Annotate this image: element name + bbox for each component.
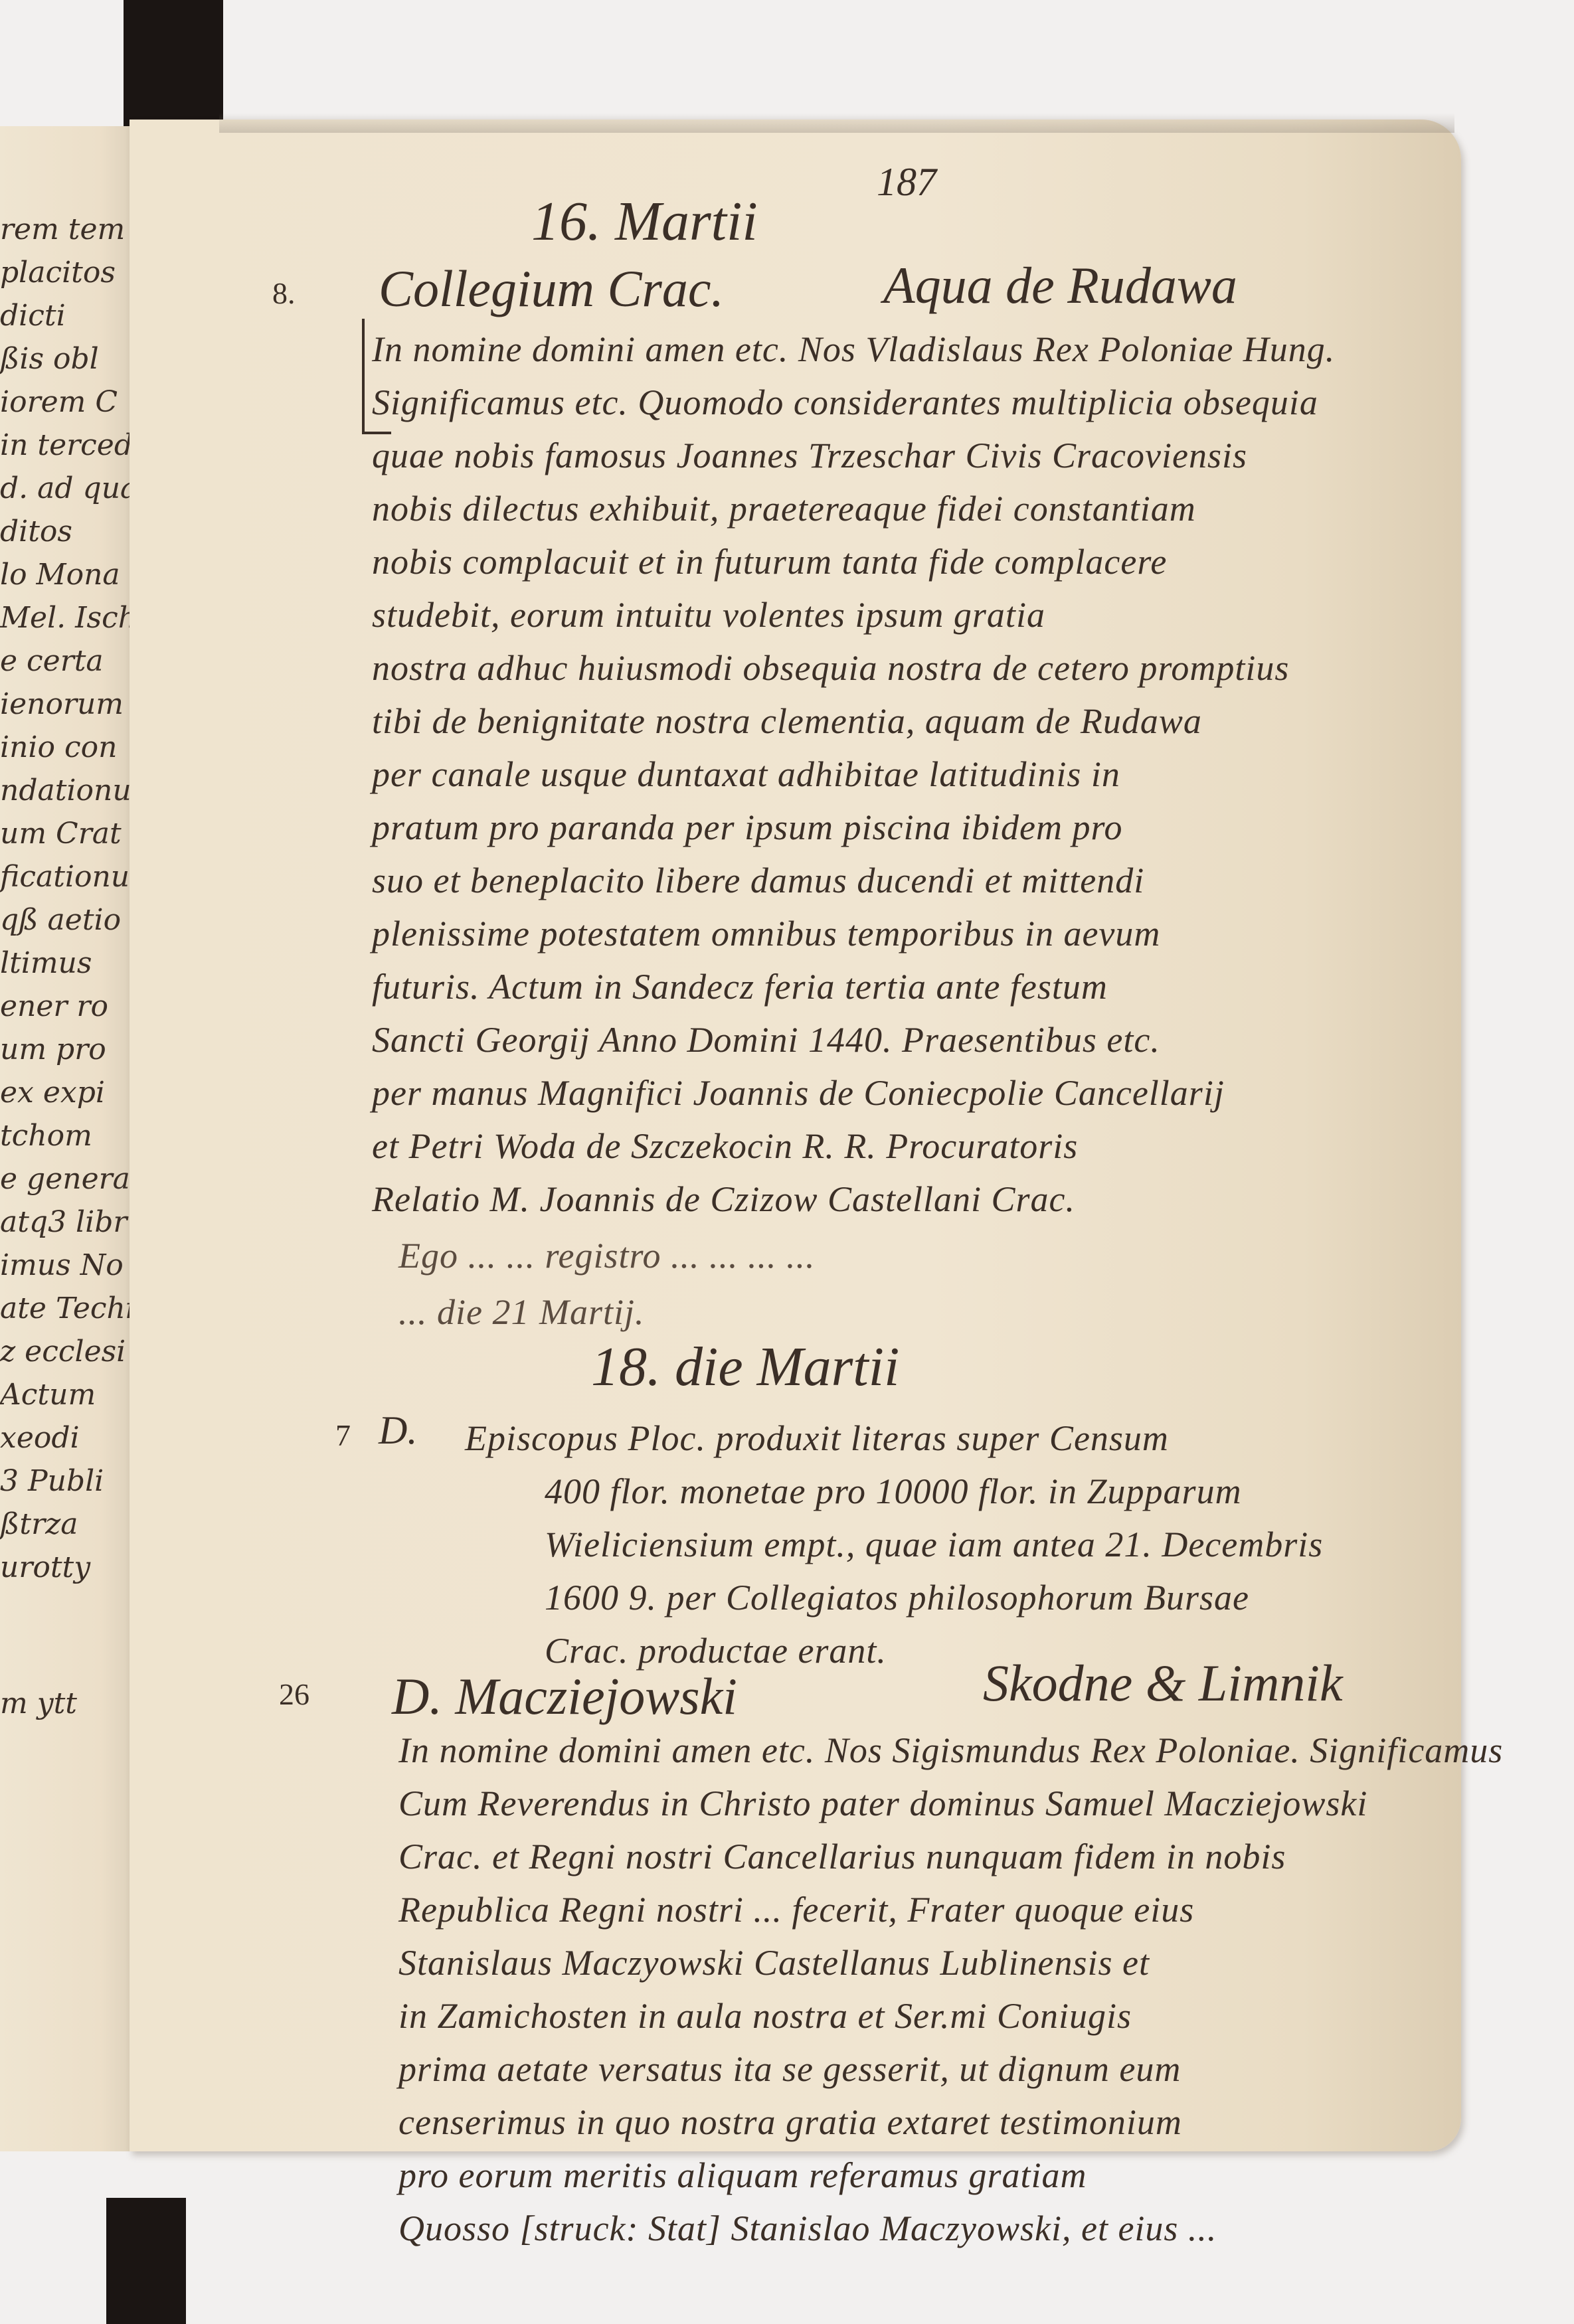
left-page-line: ficationum: [0, 860, 143, 894]
document-line: Significamus etc. Quomodo considerantes …: [372, 382, 1318, 423]
document-line: Wieliciensium empt., quae iam antea 21. …: [545, 1524, 1323, 1565]
document-line: Republica Regni nostri ... fecerit, Frat…: [398, 1889, 1194, 1930]
document-line: quae nobis famosus Joannes Trzeschar Civ…: [372, 435, 1247, 476]
left-page-line: d. ad quam: [0, 471, 143, 505]
document-line: 400 flor. monetae pro 10000 flor. in Zup…: [545, 1471, 1242, 1512]
document-line: suo et beneplacito libere damus ducendi …: [372, 860, 1144, 901]
left-page-line: in tercedi: [0, 428, 142, 462]
left-page-line: lo Mona: [0, 558, 120, 592]
entry-prefix: D.: [379, 1408, 417, 1453]
document-line: 1600 9. per Collegiatos philosophorum Bu…: [545, 1577, 1249, 1618]
document-line: censerimus in quo nostra gratia extaret …: [398, 2102, 1182, 2143]
document-line: per canale usque duntaxat adhibitae lati…: [372, 754, 1120, 795]
left-page-line: ienorum: [0, 687, 124, 721]
page-edge-shadow: [219, 113, 1454, 133]
registration-note: Ego ... ... registro ... ... ... ...: [398, 1235, 816, 1276]
left-page-line: m ytt: [0, 1687, 77, 1720]
left-page-line: rem tem: [0, 212, 125, 246]
left-page-line: xeodi: [0, 1421, 80, 1455]
left-page-line: ener ro: [0, 989, 108, 1023]
section-date: 18. die Martii: [591, 1335, 899, 1399]
folio-number: 187: [877, 159, 936, 205]
document-line: studebit, eorum intuitu volentes ipsum g…: [372, 594, 1045, 635]
document-line: Quosso [struck: Stat] Stanislao Maczyows…: [398, 2208, 1217, 2249]
document-line: nobis complacuit et in futurum tanta fid…: [372, 541, 1167, 582]
left-page-line: urotty: [0, 1550, 90, 1584]
document-line: pro eorum meritis aliquam referamus grat…: [398, 2155, 1087, 2196]
document-line: per manus Magnifici Joannis de Coniecpol…: [372, 1072, 1225, 1114]
left-page-line: 3 Publi: [0, 1464, 104, 1498]
section-date: 16. Martii: [531, 189, 758, 254]
entry-heading-left: Collegium Crac.: [379, 259, 724, 319]
document-line: nobis dilectus exhibuit, praetereaque fi…: [372, 488, 1196, 529]
registration-note: ... die 21 Martij.: [398, 1291, 644, 1333]
document-line: futuris. Actum in Sandecz feria tertia a…: [372, 966, 1108, 1007]
left-page-line: ex expi: [0, 1076, 105, 1110]
left-page-line: qß aetio: [0, 903, 121, 937]
document-line: Episcopus Ploc. produxit literas super C…: [465, 1418, 1169, 1459]
left-page-line: inio con: [0, 730, 117, 764]
left-page-line: Actum: [0, 1378, 96, 1412]
left-page-line: ate Techi: [0, 1291, 135, 1325]
document-line: in Zamichosten in aula nostra et Ser.mi …: [398, 1995, 1132, 2036]
document-line: et Petri Woda de Szczekocin R. R. Procur…: [372, 1125, 1078, 1167]
document-line: pratum pro paranda per ipsum piscina ibi…: [372, 807, 1123, 848]
left-page-line: ndationum: [0, 774, 143, 807]
document-line: plenissime potestatem omnibus temporibus…: [372, 913, 1160, 954]
document-line: tibi de benignitate nostra clementia, aq…: [372, 701, 1202, 742]
left-page-line: Mel. Ischi: [0, 601, 143, 635]
left-page-line: tchom: [0, 1119, 92, 1153]
document-line: prima aetate versatus ita se gesserit, u…: [398, 2048, 1181, 2090]
left-page-line: ltimus: [0, 946, 92, 980]
entry-heading-left: D. Macziejowski: [392, 1667, 737, 1726]
document-line: Crac. productae erant.: [545, 1630, 887, 1671]
document-line: In nomine domini amen etc. Nos Sigismund…: [398, 1730, 1503, 1771]
left-page-line: e genera: [0, 1162, 130, 1196]
document-line: Relatio M. Joannis de Czizow Castellani …: [372, 1179, 1075, 1220]
left-page-line: z ecclesi: [0, 1335, 126, 1369]
document-line: In nomine domini amen etc. Nos Vladislau…: [372, 329, 1335, 370]
document-line: Cum Reverendus in Christo pater dominus …: [398, 1783, 1367, 1824]
left-page-line: ßtrza: [0, 1507, 78, 1541]
left-page-line: dicti: [0, 299, 66, 333]
document-line: Sancti Georgij Anno Domini 1440. Praesen…: [372, 1019, 1160, 1060]
left-page-line: placitos: [0, 256, 116, 290]
document-line: Stanislaus Maczyowski Castellanus Lublin…: [398, 1942, 1150, 1983]
left-page-line: imus No: [0, 1248, 124, 1282]
document-line: Crac. et Regni nostri Cancellarius nunqu…: [398, 1836, 1286, 1877]
left-page-line: ßis obl: [0, 342, 99, 376]
bookmark-ribbon-bottom: [106, 2198, 186, 2324]
entry-heading-right: Skodne & Limnik: [983, 1653, 1343, 1713]
entry-margin-number: 26: [279, 1677, 309, 1712]
entry-margin-number: 7: [335, 1418, 351, 1453]
left-page-line: um Crat: [0, 817, 122, 851]
left-page-line: atq3 libr: [0, 1205, 127, 1239]
left-page-line: e certa: [0, 644, 104, 678]
left-page-line: iorem C: [0, 385, 118, 419]
document-line: nostra adhuc huiusmodi obsequia nostra d…: [372, 647, 1289, 689]
left-page-edge: rem tem placitos dicti ßis obl iorem C i…: [0, 126, 143, 2151]
entry-heading-right: Aqua de Rudawa: [883, 256, 1237, 315]
left-page-line: ditos: [0, 515, 72, 548]
entry-margin-number: 8.: [272, 276, 296, 311]
left-page-line: um pro: [0, 1033, 106, 1066]
